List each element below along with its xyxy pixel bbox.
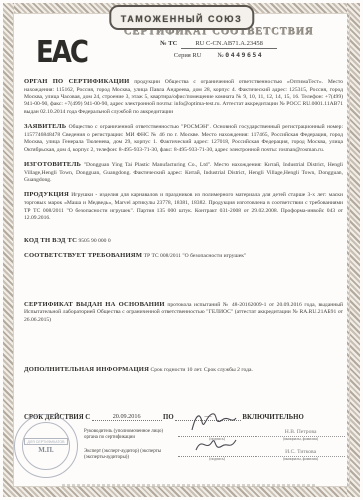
seal-inner-ring: ДЛЯ СЕРТИФИКАТОВ М.П. — [22, 422, 70, 470]
header-center: СЕРТИФИКАТ СООТВЕТСТВИЯ № ТСRU C-CN.АВ71… — [94, 26, 343, 59]
section-label: ОРГАН ПО СЕРТИФИКАЦИИ — [24, 78, 130, 85]
section-label: ДОПОЛНИТЕЛЬНАЯ ИНФОРМАЦИЯ — [24, 366, 149, 373]
seal-mp-label: М.П. — [38, 446, 54, 454]
seal-ring-text: ДЛЯ СЕРТИФИКАТОВ — [24, 438, 67, 445]
section-label: ЗАЯВИТЕЛЬ — [24, 123, 66, 130]
validity-suffix: ВКЛЮЧИТЕЛЬНО — [242, 414, 303, 421]
validity-po-label: ПО — [163, 414, 174, 421]
head-signature-line: (подпись) — [178, 428, 256, 441]
typographic-fine-print — [62, 484, 315, 487]
certificate-number-line: № ТСRU C-CN.АВ71.А.23458 — [94, 40, 343, 47]
banner-text: ТАМОЖЕННЫЙ СОЮЗ — [121, 14, 242, 24]
section-label: ИЗГОТОВИТЕЛЬ — [24, 161, 81, 168]
section-additional-info: ДОПОЛНИТЕЛЬНАЯ ИНФОРМАЦИЯ Срок годности … — [24, 366, 343, 375]
number-value: RU C-CN.АВ71.А.23458 — [181, 40, 277, 49]
head-role-label: Руководитель (уполномоченное лицо) орган… — [84, 429, 178, 441]
round-seal: ДЛЯ СЕРТИФИКАТОВ М.П. — [14, 414, 78, 478]
validity-row: СРОК ДЕЙСТВИЯ С 20.09.2016 ПО — ВКЛЮЧИТЕ… — [24, 412, 345, 426]
section-text: 9505 90 000 0 — [78, 238, 110, 244]
section-issued-on-basis: СЕРТИФИКАТ ВЫДАН НА ОСНОВАНИИ протокола … — [24, 301, 343, 324]
section-applicant: ЗАЯВИТЕЛЬ Общество с ограниченной ответс… — [24, 123, 343, 154]
series-number-sign: № — [217, 52, 223, 59]
validity-from-date: 20.09.2016 — [92, 413, 162, 421]
signature-caption: (подпись) — [178, 457, 256, 461]
section-label: ПРОДУКЦИЯ — [24, 191, 69, 198]
certificate-page: ТАМОЖЕННЫЙ СОЮЗ EAC СЕРТИФИКАТ СООТВЕТСТ… — [0, 0, 363, 500]
signature-row-head: Руководитель (уполномоченное лицо) орган… — [84, 428, 345, 441]
section-text: ТР ТС 008/2011 "О безопасности игрушек" — [144, 253, 247, 259]
section-label: СЕРТИФИКАТ ВЫДАН НА ОСНОВАНИИ — [24, 301, 165, 308]
expert-role-label: Эксперт (эксперт-аудитор) (эксперты (экс… — [84, 449, 178, 461]
signature-row-expert: Эксперт (эксперт-аудитор) (эксперты (экс… — [84, 448, 345, 461]
customs-union-banner: ТАМОЖЕННЫЙ СОЮЗ — [109, 5, 254, 30]
section-label: КОД ТН ВЭД ТС — [24, 237, 77, 244]
header-row: EAC СЕРТИФИКАТ СООТВЕТСТВИЯ № ТСRU C-CN.… — [24, 26, 343, 78]
head-name-caption: (инициалы, фамилия) — [256, 437, 345, 441]
border-right — [347, 3, 360, 497]
signature-caption: (подпись) — [178, 437, 256, 441]
series-label: Серия RU — [174, 52, 202, 59]
certificate-content: EAC СЕРТИФИКАТ СООТВЕТСТВИЯ № ТСRU C-CN.… — [24, 26, 343, 382]
number-label: № ТС — [160, 40, 177, 47]
section-text: Срок годности 10 лет. Срок службы 2 года… — [151, 367, 253, 373]
head-name-text: Н.В. Петрова — [256, 429, 345, 437]
series-line: Серия RU№ 0449654 — [94, 51, 343, 59]
signature-table: Руководитель (уполномоченное лицо) орган… — [84, 428, 345, 468]
border-left — [3, 3, 14, 497]
expert-name-text: И.С. Титкова — [256, 449, 345, 457]
section-label: СООТВЕТСТВУЕТ ТРЕБОВАНИЯМ — [24, 252, 142, 259]
section-text: Общество с ограниченной ответственностью… — [24, 124, 343, 152]
series-value: 0449654 — [225, 51, 263, 59]
signature-rule — [178, 448, 256, 457]
section-certification-body: ОРГАН ПО СЕРТИФИКАЦИИ продукции Общества… — [24, 78, 343, 116]
head-name: Н.В. Петрова (инициалы, фамилия) — [256, 429, 345, 441]
validity-to-date: — — [175, 412, 241, 421]
expert-signature-line: (подпись) — [178, 448, 256, 461]
validity-and-signatures: СРОК ДЕЙСТВИЯ С 20.09.2016 ПО — ВКЛЮЧИТЕ… — [22, 412, 345, 488]
section-products: ПРОДУКЦИЯ Игрушки - изделия для карнавал… — [24, 191, 343, 222]
section-manufacturer: ИЗГОТОВИТЕЛЬ "Dongguan Ying Tai Plastic … — [24, 161, 343, 184]
section-text: Игрушки - изделия для карнавалов и празд… — [24, 192, 343, 220]
section-customs-code: КОД ТН ВЭД ТС 9505 90 000 0 — [24, 237, 343, 246]
section-complies-with: СООТВЕТСТВУЕТ ТРЕБОВАНИЯМ ТР ТС 008/2011… — [24, 252, 343, 261]
signature-rule — [178, 428, 256, 437]
expert-name-caption: (инициалы, фамилия) — [256, 457, 345, 461]
eac-logo: EAC — [36, 36, 87, 71]
expert-name: И.С. Титкова (инициалы, фамилия) — [256, 449, 345, 461]
